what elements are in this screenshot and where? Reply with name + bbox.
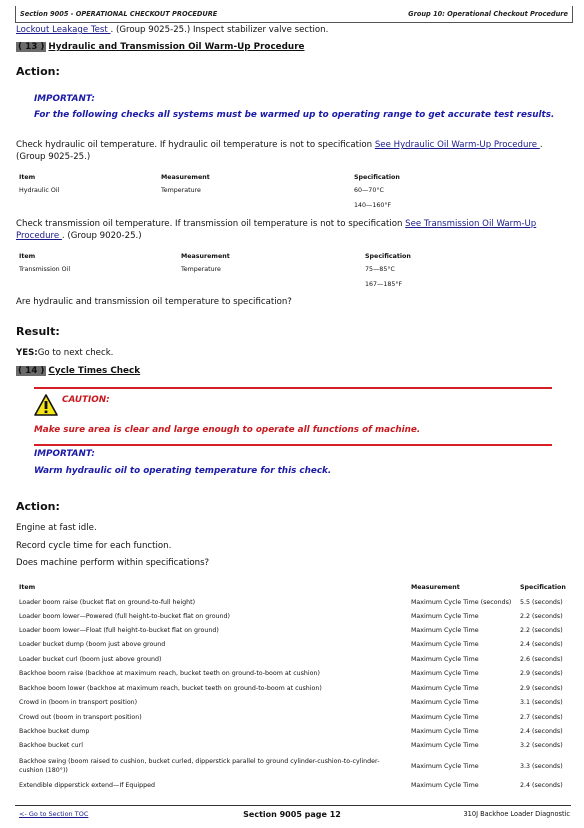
result-yes: YES:Go to next check. [16, 347, 113, 359]
intro-line: Lockout Leakage Test . (Group 9025-25.) … [16, 24, 328, 36]
cell-item: Hydraulic Oil [19, 186, 59, 195]
cell-specification: 2.6 (seconds) [520, 655, 563, 664]
cell-specification: 2.4 (seconds) [520, 781, 563, 790]
page-header: Section 9005 - OPERATIONAL CHECKOUT PROC… [15, 6, 573, 23]
cell-item: Backhoe boom lower (backhoe at maximum r… [19, 684, 322, 693]
caution-bottom-rule [34, 444, 552, 446]
cell-spec-f: 167—185°F [365, 280, 402, 289]
trans-text: Check transmission oil temperature. If t… [16, 219, 405, 229]
temperature-question: Are hydraulic and transmission oil tempe… [16, 296, 292, 308]
lockout-leakage-test-link[interactable]: Lockout Leakage Test [16, 25, 111, 35]
cell-specification: 2.7 (seconds) [520, 713, 563, 722]
cell-item: Backhoe bucket curl [19, 741, 83, 750]
cell-measurement: Maximum Cycle Time [411, 741, 479, 750]
cell-item: Loader boom lower—Powered (full height-t… [19, 612, 230, 621]
col-specification: Specification [365, 252, 411, 261]
cell-measurement: Temperature [181, 265, 221, 274]
footer-rule [15, 805, 571, 806]
step-number: ( 14 ) [16, 366, 46, 376]
cell-spec-c: 75—85°C [365, 265, 395, 274]
yes-text: Go to next check. [38, 348, 114, 358]
cell-specification: 3.3 (seconds) [520, 762, 563, 771]
transmission-warmup-link[interactable]: See Transmission Oil Warm-Up [405, 219, 536, 229]
warning-triangle-icon [34, 393, 58, 417]
intro-text: . (Group 9025-25.) Inspect stabilizer va… [111, 25, 329, 35]
hydraulic-warmup-link[interactable]: See Hydraulic Oil Warm-Up Procedure [375, 140, 540, 150]
cell-measurement: Maximum Cycle Time [411, 762, 479, 771]
important-text: Warm hydraulic oil to operating temperat… [34, 466, 331, 476]
cell-measurement: Maximum Cycle Time [411, 669, 479, 678]
cell-specification: 2.4 (seconds) [520, 640, 563, 649]
col-item: Item [19, 252, 35, 261]
cell-measurement: Maximum Cycle Time [411, 727, 479, 736]
cell-measurement: Maximum Cycle Time [411, 713, 479, 722]
cell-measurement: Maximum Cycle Time (seconds) [411, 598, 511, 607]
important-label: IMPORTANT: [34, 94, 95, 104]
step-number: ( 13 ) [16, 42, 46, 52]
cell-measurement: Maximum Cycle Time [411, 640, 479, 649]
cell-spec-f: 140—160°F [354, 201, 391, 210]
col-measurement: Measurement [161, 173, 210, 182]
hyd-after: . [540, 140, 543, 150]
col-item: Item [19, 583, 35, 592]
cell-specification: 2.2 (seconds) [520, 612, 563, 621]
action-line: Does machine perform within specificatio… [16, 557, 209, 569]
caution-top-rule [34, 387, 552, 389]
hydraulic-check-text: Check hydraulic oil temperature. If hydr… [16, 139, 566, 163]
cell-specification: 2.9 (seconds) [520, 669, 563, 678]
caution-label: CAUTION: [62, 395, 110, 405]
cell-measurement: Maximum Cycle Time [411, 626, 479, 635]
col-item: Item [19, 173, 35, 182]
cell-item: Backhoe boom raise (backhoe at maximum r… [19, 669, 320, 678]
important-label: IMPORTANT: [34, 449, 95, 459]
cell-specification: 5.5 (seconds) [520, 598, 563, 607]
document-title: 310J Backhoe Loader Diagnostic [463, 810, 570, 818]
cell-spec-c: 60—70°C [354, 186, 384, 195]
header-section: Section 9005 - OPERATIONAL CHECKOUT PROC… [20, 10, 217, 18]
cell-measurement: Maximum Cycle Time [411, 781, 479, 790]
cell-item: Loader boom lower—Float (full height-to-… [19, 626, 219, 635]
step-14-heading: ( 14 )Cycle Times Check [16, 366, 140, 376]
header-group: Group 10: Operational Checkout Procedure [408, 10, 568, 18]
cell-measurement: Maximum Cycle Time [411, 698, 479, 707]
hyd-group: (Group 9025-25.) [16, 152, 90, 162]
col-measurement: Measurement [411, 583, 460, 592]
cell-measurement: Maximum Cycle Time [411, 684, 479, 693]
cell-item: Extendible dipperstick extend—If Equippe… [19, 781, 155, 790]
step-title-link[interactable]: Hydraulic and Transmission Oil Warm-Up P… [48, 42, 304, 52]
cell-item: Crowd in (boom in transport position) [19, 698, 137, 707]
cell-item: Transmission Oil [19, 265, 70, 274]
cell-item: Loader boom raise (bucket flat on ground… [19, 598, 195, 607]
cell-specification: 2.9 (seconds) [520, 684, 563, 693]
transmission-warmup-link-cont[interactable]: Procedure [16, 231, 62, 241]
cell-item: Backhoe swing (boom raised to cushion, b… [19, 757, 399, 775]
cell-measurement: Maximum Cycle Time [411, 612, 479, 621]
step-title-link[interactable]: Cycle Times Check [48, 366, 140, 376]
cell-measurement: Temperature [161, 186, 201, 195]
important-text: For the following checks all systems mus… [34, 110, 554, 120]
transmission-check-text: Check transmission oil temperature. If t… [16, 218, 566, 242]
caution-text: Make sure area is clear and large enough… [34, 425, 420, 435]
cell-specification: 2.2 (seconds) [520, 626, 563, 635]
col-measurement: Measurement [181, 252, 230, 261]
action-line: Record cycle time for each function. [16, 540, 171, 552]
result-heading: Result: [16, 325, 60, 338]
trans-after: . (Group 9020-25.) [62, 231, 142, 241]
yes-label: YES: [16, 348, 38, 358]
cell-specification: 2.4 (seconds) [520, 727, 563, 736]
action-line: Engine at fast idle. [16, 522, 97, 534]
cell-measurement: Maximum Cycle Time [411, 655, 479, 664]
cell-item: Crowd out (boom in transport position) [19, 713, 142, 722]
action-heading: Action: [16, 500, 60, 513]
col-specification: Specification [520, 583, 566, 592]
cell-item: Backhoe bucket dump [19, 727, 89, 736]
cell-item: Loader bucket curl (boom just above grou… [19, 655, 161, 664]
action-heading: Action: [16, 65, 60, 78]
step-13-heading: ( 13 )Hydraulic and Transmission Oil War… [16, 42, 305, 52]
hyd-text: Check hydraulic oil temperature. If hydr… [16, 140, 375, 150]
cell-specification: 3.1 (seconds) [520, 698, 563, 707]
cell-specification: 3.2 (seconds) [520, 741, 563, 750]
col-specification: Specification [354, 173, 400, 182]
cell-item: Loader bucket dump (boom just above grou… [19, 640, 165, 649]
